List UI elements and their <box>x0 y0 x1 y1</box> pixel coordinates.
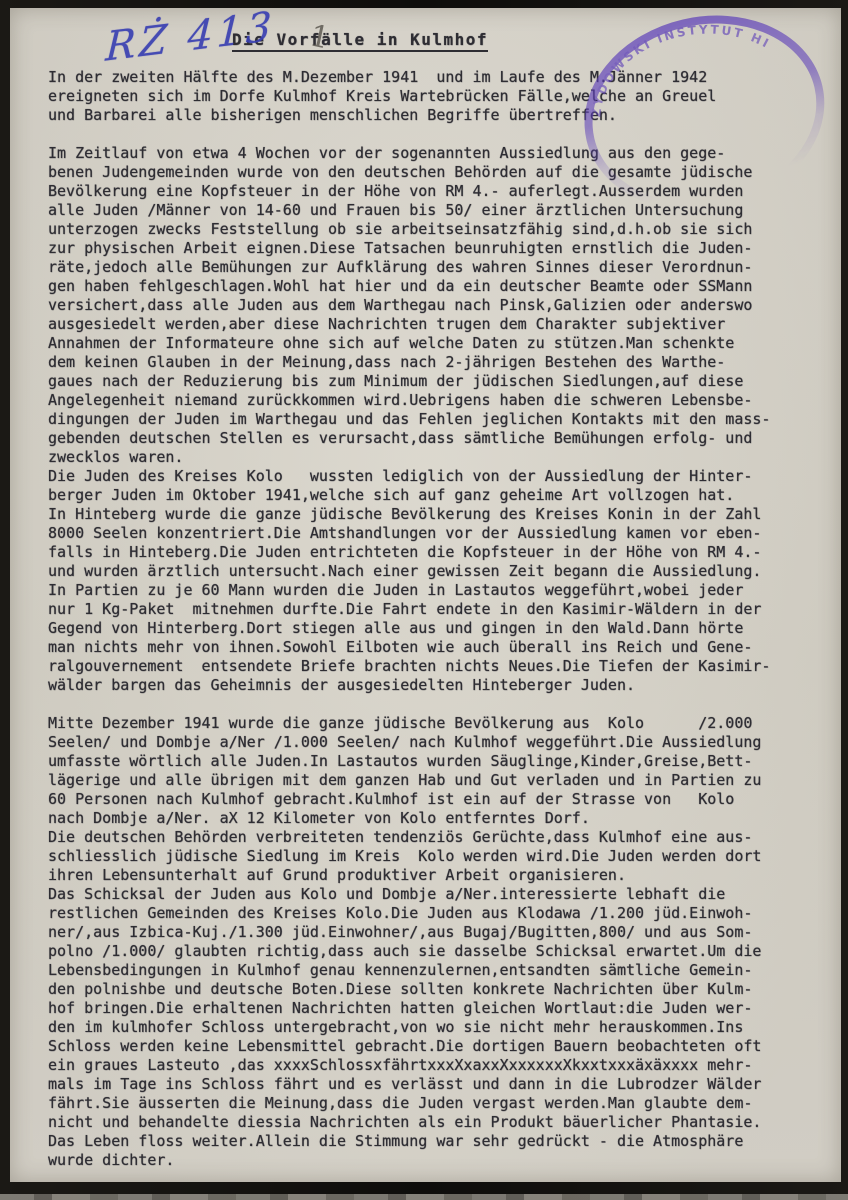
text-line: und wurden ärztlich untersucht.Nach eine… <box>48 562 841 581</box>
text-line: fährt.Sie äusserten die Meinung,dass die… <box>48 1094 841 1113</box>
text-line: Das Leben floss weiter.Allein die Stimmu… <box>48 1132 841 1151</box>
text-line: berger Juden im Oktober 1941,welche sich… <box>48 486 841 505</box>
text-line: Schloss werden keine Lebensmittel gebrac… <box>48 1037 841 1056</box>
text-line: 60 Personen nach Kulmhof gebracht.Kulmho… <box>48 790 841 809</box>
text-line: Angelegenheit niemand zurückkommen wird.… <box>48 391 841 410</box>
text-line: ner/,aus Izbica-Kuj./1.300 jüd.Einwohner… <box>48 923 841 942</box>
handwritten-annotation: RŻ 413 <box>104 3 276 70</box>
text-line: umfasste wörtlich alle Juden.In Lastauto… <box>48 752 841 771</box>
text-line: Annahmen der Informateure ohne sich auf … <box>48 334 841 353</box>
document-body: In der zweiten Hälfte des M.Dezember 194… <box>10 68 841 1170</box>
text-line: gaues nach der Reduzierung bis zum Minim… <box>48 372 841 391</box>
text-line: Lebensbedingungen in Kulmhof genau kenne… <box>48 961 841 980</box>
text-line: wurde dichter. <box>48 1151 841 1170</box>
text-line: nicht und behandelte diessia Nachrichten… <box>48 1113 841 1132</box>
text-line: Die Juden des Kreises Kolo wussten ledig… <box>48 467 841 486</box>
text-line: dingungen der Juden im Warthegau und das… <box>48 410 841 429</box>
text-line: dem keinen Glauben in der Meinung,dass n… <box>48 353 841 372</box>
text-line: Das Schicksal der Juden aus Kolo und Dom… <box>48 885 841 904</box>
text-line: restlichen Gemeinden des Kreises Kolo.Di… <box>48 904 841 923</box>
text-line: wälder bargen das Geheimnis der ausgesie… <box>48 676 841 695</box>
svg-text:ŻYDOWSKI INSTYTUT HI: ŻYDOWSKI INSTYTUT HI <box>582 18 777 119</box>
text-line: falls in Hinteberg.Die Juden entrichtete… <box>48 543 841 562</box>
text-line: In Hinteberg wurde die ganze jüdische Be… <box>48 505 841 524</box>
text-line: Die deutschen Behörden verbreiteten tend… <box>48 828 841 847</box>
text-line: gebenden deutschen Stellen es verursacht… <box>48 429 841 448</box>
text-line: man nichts mehr von ihnen.Sowohl Eilbote… <box>48 638 841 657</box>
text-line: zwecklos waren. <box>48 448 841 467</box>
text-line: ein graues Lasteuto ,das xxxxSchlossxfäh… <box>48 1056 841 1075</box>
text-line: gen haben fehlgeschlagen.Wohl hat hier u… <box>48 277 841 296</box>
text-line: mals im Tage ins Schloss fährt und es ve… <box>48 1075 841 1094</box>
text-line: schliesslich jüdische Siedlung im Kreis … <box>48 847 841 866</box>
text-line: den im kulmhofer Schloss untergebracht,v… <box>48 1018 841 1037</box>
text-line: nur 1 Kg-Paket mitnehmen durfte.Die Fahr… <box>48 600 841 619</box>
text-line: polno /1.000/ glaubten richtig,dass auch… <box>48 942 841 961</box>
text-line: lägerige und alle übrigen mit dem ganzen… <box>48 771 841 790</box>
text-line: unterzogen zwecks Feststellung ob sie ar… <box>48 220 841 239</box>
text-line: Gegend von Hinterberg.Dort stiegen alle … <box>48 619 841 638</box>
text-line: In Partien zu je 60 Mann wurden die Jude… <box>48 581 841 600</box>
text-line: versichert,dass alle Juden aus dem Warth… <box>48 296 841 315</box>
text-line: ihren Lebensunterhalt auf Grund produkti… <box>48 866 841 885</box>
text-line: den polnishbe und deutsche Boten.Diese s… <box>48 980 841 999</box>
stamp-text: ŻYDOWSKI INSTYTUT HI <box>582 18 777 119</box>
text-line: hof bringen.Die erhaltenen Nachrichten h… <box>48 999 841 1018</box>
text-line: räte,jedoch alle Bemühungen zur Aufkläru… <box>48 258 841 277</box>
paragraph: Im Zeitlauf von etwa 4 Wochen vor der so… <box>48 144 841 695</box>
text-line: ralgouvernement entsendete Briefe bracht… <box>48 657 841 676</box>
scan-edge <box>0 1194 848 1200</box>
text-line: ausgesiedelt werden,aber diese Nachricht… <box>48 315 841 334</box>
text-line: zur physischen Arbeit eignen.Diese Tatsa… <box>48 239 841 258</box>
scan-background: RŻ 413 1 <box>0 0 848 1200</box>
institute-stamp-icon: ŻYDOWSKI INSTYTUT HI <box>572 1 837 212</box>
document-page: RŻ 413 1 <box>10 8 841 1182</box>
text-line: Mitte Dezember 1941 wurde die ganze jüdi… <box>48 714 841 733</box>
paragraph: Mitte Dezember 1941 wurde die ganze jüdi… <box>48 714 841 1170</box>
text-line: nach Dombje a/Ner. aX 12 Kilometer von K… <box>48 809 841 828</box>
text-line: 8000 Seelen konzentriert.Die Amtshandlun… <box>48 524 841 543</box>
text-line: Seelen/ und Dombje a/Ner /1.000 Seelen/ … <box>48 733 841 752</box>
text-line: alle Juden /Männer von 14-60 und Frauen … <box>48 201 841 220</box>
